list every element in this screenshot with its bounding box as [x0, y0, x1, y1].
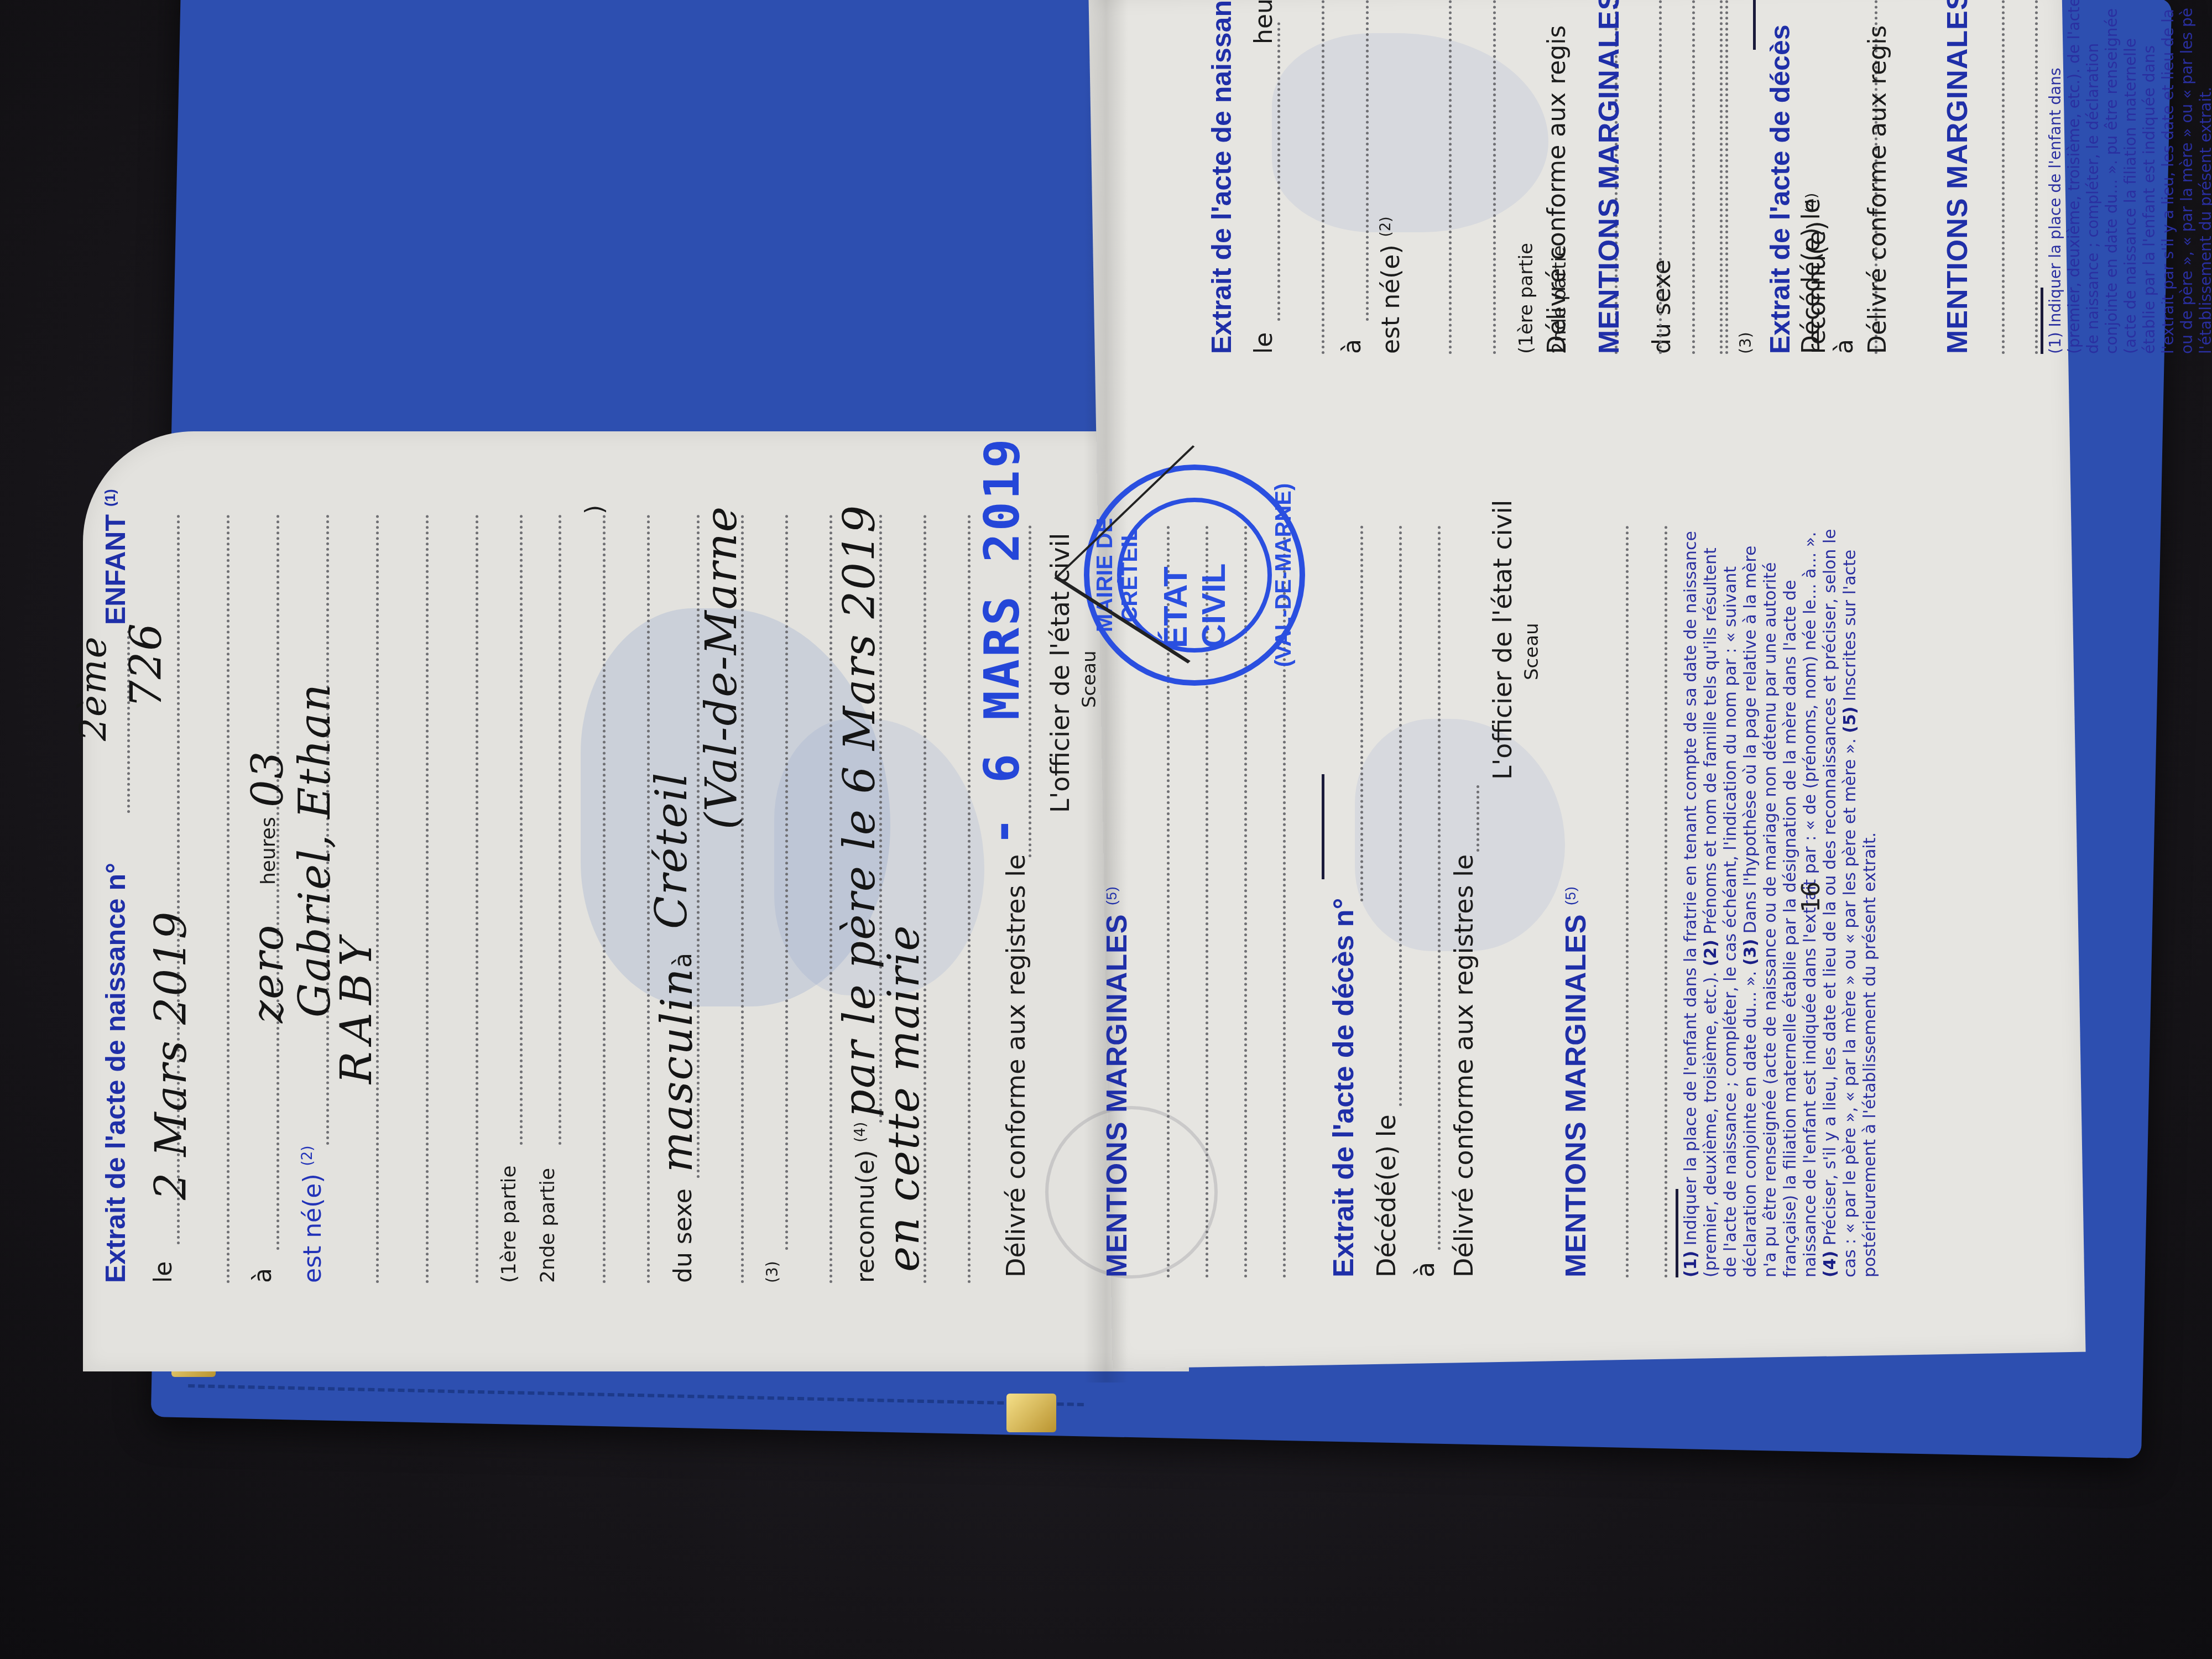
right-footnote-excerpt: (1) Indiquer la place de l'enfant dans (… — [2046, 0, 2212, 354]
first-part-label: (1ère partie — [498, 1165, 520, 1283]
page-number: 16 — [1797, 881, 1825, 912]
right-death-place-label: à — [1830, 339, 1859, 354]
birth-date-value: 2 Mars 2019 — [147, 911, 196, 1200]
date-label: le — [149, 1261, 178, 1283]
blank-line — [227, 514, 229, 1283]
handwritten-rank: 2ème — [72, 635, 114, 741]
right-page-lower-content: Délivré conforme aux regis MENTIONS MARG… — [1543, 0, 2212, 354]
footnote-separator — [2041, 288, 2043, 354]
right-deceased-label: Décédé(e) le — [1797, 198, 1825, 354]
death-officer-label: L'officier de l'état civil — [1488, 500, 1517, 780]
right-date-label: le — [1250, 332, 1278, 354]
sex-label: du sexe — [669, 1188, 697, 1283]
death-seal-label: Sceau — [1521, 623, 1543, 680]
birth-place-prefix: à — [669, 953, 697, 968]
second-part-line — [559, 514, 561, 1145]
right-place-label: à — [1338, 339, 1366, 354]
first-part-line — [520, 514, 523, 1145]
second-part-label: 2nde partie — [536, 1168, 559, 1283]
recognized-value: par le père le 6 Mars 2019 — [835, 504, 885, 1117]
right-marginal-mentions-heading-2: MENTIONS MARGINALES — [1941, 0, 1974, 354]
surname-line — [376, 514, 379, 1283]
mentions-line — [1626, 525, 1629, 1277]
hours-label: heures — [257, 817, 280, 885]
blank-line — [476, 514, 478, 1283]
gold-corner-protector — [1006, 1394, 1056, 1432]
death-number-line — [1360, 525, 1363, 901]
note-3-line — [785, 514, 788, 1250]
left-page-content: Extrait de l'acte de naissance n° 2ème 7… — [100, 498, 1067, 1283]
closing-paren: ) — [581, 505, 609, 514]
marginal-mentions-heading-2: MENTIONS MARGINALES (5) — [1559, 886, 1593, 1277]
right-death-issued-label: Délivré conforme aux regis — [1864, 25, 1892, 354]
blank-line — [426, 514, 429, 1283]
death-issued-label: Délivré conforme aux registres le — [1449, 854, 1479, 1277]
sex-value: masculin — [653, 967, 702, 1172]
death-issued-line — [1477, 785, 1479, 852]
blank-line — [1449, 0, 1452, 354]
blank-line — [830, 514, 832, 1283]
deceased-label: Décédé(e) le — [1371, 1114, 1401, 1277]
section-separator — [1322, 774, 1324, 879]
rank-label: ENFANT (1) — [100, 489, 132, 625]
footnotes-block: (1) Indiquer la place de l'enfant dans l… — [1681, 525, 1880, 1277]
mentions-line — [1725, 0, 1728, 354]
right-born-label: est né(e) (2) — [1377, 217, 1405, 354]
right-death-extract-title: Extrait de l'acte de décès — [1764, 24, 1796, 354]
blank-line — [603, 514, 606, 1283]
surname-value: RABY — [332, 930, 382, 1084]
note-3-label: (3) — [763, 1261, 781, 1283]
deceased-line — [1399, 525, 1402, 1106]
right-hours-label: heu — [1250, 0, 1278, 44]
mentions-line — [1659, 0, 1662, 354]
place-label: à — [249, 1268, 277, 1283]
born-label: est né(e) (2) — [299, 1146, 327, 1283]
issued-date-stamp: - 6 MARS 2019 — [973, 436, 1030, 846]
death-place-label: à — [1410, 1262, 1440, 1277]
death-extract-title: Extrait de l'acte de décès n° — [1327, 898, 1360, 1277]
issued-label: Délivré conforme aux registres le — [1001, 854, 1031, 1277]
birth-extract-title: Extrait de l'acte de naissance n° — [100, 863, 132, 1283]
right-issued-label: Délivré conforme aux regis — [1543, 25, 1571, 354]
birth-hour-value: zero — [243, 924, 293, 1023]
birth-minutes-value: 03 — [243, 750, 293, 807]
blank-line — [1493, 0, 1496, 354]
handwritten-act-number: 726 — [122, 622, 171, 708]
recognized-value-2: en cette mairie — [879, 925, 929, 1272]
death-place-line — [1438, 525, 1441, 1250]
section-separator — [1753, 0, 1756, 50]
recognized-label: reconnu(e) (4) — [852, 1122, 880, 1283]
footnote-separator — [1676, 1189, 1678, 1277]
mentions-line — [1692, 0, 1695, 354]
blank-line — [1322, 0, 1324, 354]
mentions-line — [2035, 0, 2038, 354]
right-marginal-mentions-heading: MENTIONS MARGINALES ( — [1593, 0, 1626, 354]
right-date-line — [1277, 22, 1280, 321]
mentions-line — [1665, 525, 1667, 1277]
birth-place-value: Créteil — [647, 771, 697, 929]
marginal-mentions-heading: MENTIONS MARGINALES (5) — [1100, 886, 1134, 1277]
right-first-part-label: (1ère partie — [1515, 243, 1537, 354]
right-place-line — [1366, 0, 1369, 321]
birth-place-value-2: (Val-de-Marne — [697, 505, 747, 830]
mentions-line — [2002, 0, 2005, 354]
blank-line — [968, 514, 971, 1283]
right-birth-extract-title: Extrait de l'acte de naissan — [1206, 0, 1238, 354]
